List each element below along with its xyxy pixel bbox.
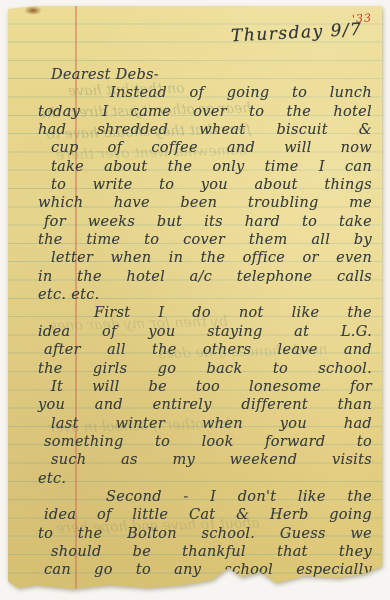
letter-line: take about the only time I can xyxy=(38,158,372,176)
letter-photo: on that but have hear or other it just d… xyxy=(0,0,390,600)
letter-line: something to look forward to xyxy=(38,433,372,451)
letter-line: idea of you staying at L.G. xyxy=(38,323,372,341)
letter-line: after all the others leave and xyxy=(38,341,372,359)
paper-stain xyxy=(24,6,42,15)
letter-line: idea of little Cat & Herb going xyxy=(38,506,372,524)
letter-line: letter when in the office or even xyxy=(38,249,372,267)
letter-line: the girls go back to school. xyxy=(38,360,372,378)
letter-line: last winter when you had xyxy=(38,415,372,433)
letter-line: which have been troubling me xyxy=(38,194,372,212)
letter-line: etc. xyxy=(38,470,372,488)
letter-line: today I came over to the hotel xyxy=(38,103,372,121)
salutation-line: Dearest Debs- xyxy=(38,66,372,84)
letter-paper: on that but have hear or other it just d… xyxy=(8,6,382,594)
letter-line: First I do not like the xyxy=(38,304,372,322)
letter-line: such as my weekend visits xyxy=(38,451,372,469)
letter-body: Dearest Debs- Instead of going to lunch … xyxy=(38,66,372,580)
letter-line: cup of coffee and will now xyxy=(38,139,372,157)
letter-line: can go to any school especially xyxy=(38,561,372,579)
letter-line: for weeks but its hard to take xyxy=(38,213,372,231)
letter-line: you and entirely different than xyxy=(38,396,372,414)
letter-line: should be thankful that they xyxy=(38,543,372,561)
letter-line: to the Bolton school. Guess we xyxy=(38,525,372,543)
letter-line: the time to cover them all by xyxy=(38,231,372,249)
letter-line: Instead of going to lunch xyxy=(38,84,372,102)
date-heading: Thursday 9/7 xyxy=(230,20,362,47)
letter-line: had shredded wheat biscuit & xyxy=(38,121,372,139)
letter-line: in the hotel a/c telephone calls xyxy=(38,268,372,286)
letter-line: to write to you about things xyxy=(38,176,372,194)
letter-line: Second - I don't like the xyxy=(38,488,372,506)
letter-line: etc. etc. xyxy=(38,286,372,304)
letter-line: It will be too lonesome for xyxy=(38,378,372,396)
